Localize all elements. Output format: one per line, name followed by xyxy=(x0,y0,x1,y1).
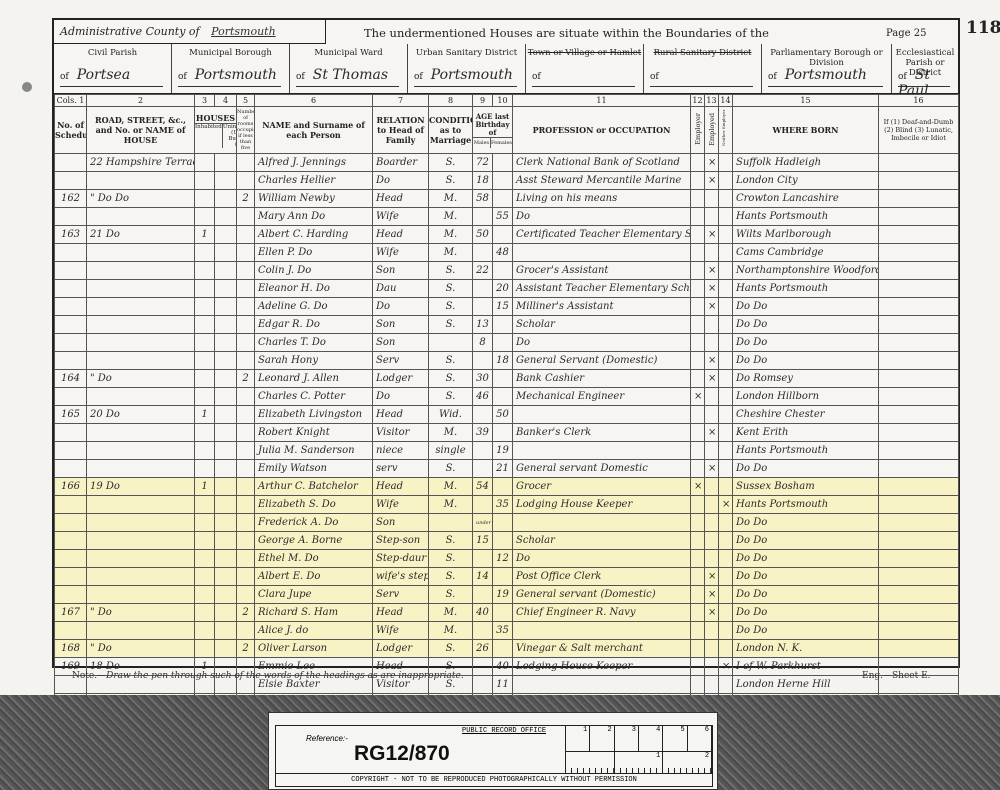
rooms xyxy=(237,586,255,604)
condition: M. xyxy=(429,604,473,622)
employer-mark xyxy=(691,406,705,424)
table-row: Sarah HonyServS.18General Servant (Domes… xyxy=(55,352,959,370)
neither-mark xyxy=(719,262,733,280)
uninhabited xyxy=(215,550,237,568)
table-row: Robert KnightVisitorM.39Banker's Clerk×K… xyxy=(55,424,959,442)
column-number: 11 xyxy=(513,95,691,107)
inhabited: 1 xyxy=(195,478,215,496)
infirmity xyxy=(879,568,959,586)
condition: S. xyxy=(429,352,473,370)
infirmity xyxy=(879,550,959,568)
table-row: Ethel M. DoStep-daurS.12DoDo Do xyxy=(55,550,959,568)
relation: Head xyxy=(373,190,429,208)
inhabited xyxy=(195,568,215,586)
employer-mark xyxy=(691,370,705,388)
rooms xyxy=(237,334,255,352)
employer-mark xyxy=(691,208,705,226)
age-female: 20 xyxy=(493,280,513,298)
uninhabited xyxy=(215,172,237,190)
uninhabited xyxy=(215,226,237,244)
relation: Son xyxy=(373,334,429,352)
rooms xyxy=(237,298,255,316)
infirmity xyxy=(879,226,959,244)
inhabited xyxy=(195,424,215,442)
employed-mark: × xyxy=(705,424,719,442)
uninhabited xyxy=(215,478,237,496)
age-female xyxy=(493,514,513,532)
ruler-cm-mark: 3 xyxy=(615,726,639,751)
age-female xyxy=(493,388,513,406)
age-male xyxy=(473,352,493,370)
ruler-inch-mark: 2 xyxy=(663,752,712,774)
neither-mark xyxy=(719,532,733,550)
condition: S. xyxy=(429,460,473,478)
boundary-area-4: Town or Village or Hamletof xyxy=(526,44,644,93)
schedule-number xyxy=(55,460,87,478)
schedule-number: 164 xyxy=(55,370,87,388)
boundary-area-label: Town or Village or Hamlet xyxy=(526,48,643,58)
boundary-area-3: Urban Sanitary DistrictofPortsmouth xyxy=(408,44,526,93)
heading-where-born: WHERE BORN xyxy=(733,107,879,154)
inhabited xyxy=(195,550,215,568)
occupation: Living on his means xyxy=(513,190,691,208)
census-page: 118 Administrative County of Portsmouth … xyxy=(0,0,1000,700)
schedule-number xyxy=(55,550,87,568)
where-born: Do Do xyxy=(733,352,879,370)
uninhabited xyxy=(215,244,237,262)
infirmity xyxy=(879,424,959,442)
road-address: 21 Do xyxy=(87,226,195,244)
ruler-cm-mark: 6 xyxy=(688,726,712,751)
relation: Serv xyxy=(373,352,429,370)
person-name: Sarah Hony xyxy=(255,352,373,370)
column-number: 8 xyxy=(429,95,473,107)
table-row: Elizabeth S. DoWifeM.35Lodging House Kee… xyxy=(55,496,959,514)
age-male xyxy=(473,460,493,478)
employer-mark xyxy=(691,280,705,298)
table-row: Charles C. PotterDoS.46Mechanical Engine… xyxy=(55,388,959,406)
occupation xyxy=(513,442,691,460)
person-name: Frederick A. Do xyxy=(255,514,373,532)
inhabited xyxy=(195,154,215,172)
condition: S. xyxy=(429,280,473,298)
neither-mark xyxy=(719,460,733,478)
neither-mark xyxy=(719,226,733,244)
column-number: 12 xyxy=(691,95,705,107)
table-row: Ellen P. DoWifeM.48Cams Cambridge xyxy=(55,244,959,262)
condition: single xyxy=(429,442,473,460)
employed-mark: × xyxy=(705,262,719,280)
rooms xyxy=(237,550,255,568)
where-born: Wilts Marlborough xyxy=(733,226,879,244)
condition: M. xyxy=(429,190,473,208)
folio-number: 118 xyxy=(966,18,1000,38)
employed-mark xyxy=(705,442,719,460)
condition: S. xyxy=(429,586,473,604)
infirmity xyxy=(879,262,959,280)
uninhabited xyxy=(215,154,237,172)
relation: Son xyxy=(373,262,429,280)
rooms xyxy=(237,496,255,514)
occupation: Do xyxy=(513,550,691,568)
infirmity xyxy=(879,622,959,640)
reference-card-frame: PUBLIC RECORD OFFICE Reference:- RG12/87… xyxy=(275,725,713,787)
employer-mark xyxy=(691,496,705,514)
reference-card: PUBLIC RECORD OFFICE Reference:- RG12/87… xyxy=(268,712,718,790)
where-born: Do Do xyxy=(733,604,879,622)
rooms xyxy=(237,172,255,190)
age-female: 55 xyxy=(493,208,513,226)
neither-mark xyxy=(719,388,733,406)
column-number: 3 xyxy=(195,95,215,107)
occupation: Lodging House Keeper xyxy=(513,496,691,514)
person-name: Eleanor H. Do xyxy=(255,280,373,298)
uninhabited xyxy=(215,370,237,388)
age-male xyxy=(473,280,493,298)
where-born: London Hillborn xyxy=(733,388,879,406)
heading-houses: HOUSES Inhabited Uninhabited (U.) or Bui… xyxy=(195,107,237,154)
occupation xyxy=(513,622,691,640)
where-born: Suffolk Hadleigh xyxy=(733,154,879,172)
occupation: Do xyxy=(513,208,691,226)
age-female: 15 xyxy=(493,298,513,316)
neither-mark xyxy=(719,172,733,190)
relation: serv xyxy=(373,460,429,478)
occupation: Post Office Clerk xyxy=(513,568,691,586)
person-name: Charles T. Do xyxy=(255,334,373,352)
column-number: 2 xyxy=(87,95,195,107)
infirmity xyxy=(879,532,959,550)
age-male: 13 xyxy=(473,316,493,334)
relation: wife's step-son xyxy=(373,568,429,586)
boundary-area-label: Municipal Ward xyxy=(290,48,407,58)
condition: S. xyxy=(429,550,473,568)
employed-mark: × xyxy=(705,280,719,298)
heading-neither-text: Neither Employer nor Employed xyxy=(719,107,733,149)
relation: niece xyxy=(373,442,429,460)
age-female: 19 xyxy=(493,586,513,604)
employed-mark xyxy=(705,658,719,676)
road-address xyxy=(87,388,195,406)
heading-inhabited: Inhabited xyxy=(195,124,223,148)
schedule-number: 168 xyxy=(55,640,87,658)
inhabited xyxy=(195,316,215,334)
employer-mark xyxy=(691,262,705,280)
employed-mark: × xyxy=(705,370,719,388)
rooms xyxy=(237,316,255,334)
uninhabited xyxy=(215,460,237,478)
age-female xyxy=(493,568,513,586)
heading-infirmity: If (1) Deaf-and-Dumb (2) Blind (3) Lunat… xyxy=(879,107,959,154)
employer-mark xyxy=(691,226,705,244)
road-address: 22 Hampshire Terrace cont'd xyxy=(87,154,195,172)
of-label: of xyxy=(898,72,907,82)
census-sheet: Administrative County of Portsmouth The … xyxy=(52,18,960,668)
employed-mark: × xyxy=(705,460,719,478)
occupation: Bank Cashier xyxy=(513,370,691,388)
road-address: " Do xyxy=(87,640,195,658)
table-row: George A. BorneStep-sonS.15ScholarDo Do xyxy=(55,532,959,550)
rooms xyxy=(237,208,255,226)
neither-mark xyxy=(719,298,733,316)
infirmity xyxy=(879,280,959,298)
person-name: Mary Ann Do xyxy=(255,208,373,226)
heading-schedule: No. of Schedule xyxy=(55,107,87,154)
condition: S. xyxy=(429,172,473,190)
column-number: 5 xyxy=(237,95,255,107)
infirmity xyxy=(879,640,959,658)
road-address xyxy=(87,424,195,442)
ruler-cm-mark: 2 xyxy=(590,726,614,751)
road-address: " Do xyxy=(87,370,195,388)
neither-mark xyxy=(719,406,733,424)
employer-mark xyxy=(691,676,705,694)
employer-mark xyxy=(691,658,705,676)
relation: Wife xyxy=(373,208,429,226)
employer-mark xyxy=(691,514,705,532)
age-male: 26 xyxy=(473,640,493,658)
condition: M. xyxy=(429,478,473,496)
person-name: Leonard J. Allen xyxy=(255,370,373,388)
infirmity xyxy=(879,442,959,460)
table-row: Eleanor H. DoDauS.20Assistant Teacher El… xyxy=(55,280,959,298)
uninhabited xyxy=(215,424,237,442)
person-name: Alfred J. Jennings xyxy=(255,154,373,172)
condition: S. xyxy=(429,532,473,550)
footer-note: Note.—Draw the pen through such of the w… xyxy=(72,671,464,681)
schedule-number xyxy=(55,208,87,226)
heading-females: Females xyxy=(491,138,512,148)
uninhabited xyxy=(215,442,237,460)
boundary-area-label: Urban Sanitary District xyxy=(408,48,525,58)
person-name: Julia M. Sanderson xyxy=(255,442,373,460)
employer-mark xyxy=(691,550,705,568)
age-female xyxy=(493,190,513,208)
schedule-number xyxy=(55,622,87,640)
where-born: Cams Cambridge xyxy=(733,244,879,262)
occupation xyxy=(513,406,691,424)
occupation xyxy=(513,514,691,532)
sheet-label: Eng.—Sheet E. xyxy=(862,671,931,681)
relation: Wife xyxy=(373,244,429,262)
table-row: Charles T. DoSon8DoDo Do xyxy=(55,334,959,352)
employer-mark xyxy=(691,532,705,550)
age-male xyxy=(473,442,493,460)
neither-mark: × xyxy=(719,658,733,676)
schedule-number xyxy=(55,388,87,406)
rooms xyxy=(237,352,255,370)
heading-rooms: Number of rooms occupied if less than fi… xyxy=(237,107,255,154)
boundary-area-label: Parliamentary Borough or Division xyxy=(762,48,891,68)
age-male xyxy=(473,208,493,226)
condition: M. xyxy=(429,244,473,262)
uninhabited xyxy=(215,208,237,226)
age-male: 8 xyxy=(473,334,493,352)
occupation: Do xyxy=(513,334,691,352)
inhabited xyxy=(195,172,215,190)
person-name: Albert C. Harding xyxy=(255,226,373,244)
occupation: Milliner's Assistant xyxy=(513,298,691,316)
boundary-area-label: Rural Sanitary District xyxy=(644,48,761,58)
admin-county: Administrative County of Portsmouth xyxy=(54,20,326,44)
heading-employed-text: Employed xyxy=(707,113,717,146)
neither-mark xyxy=(719,478,733,496)
age-male: 58 xyxy=(473,190,493,208)
person-name: Robert Knight xyxy=(255,424,373,442)
occupation: General servant Domestic xyxy=(513,460,691,478)
age-male: 40 xyxy=(473,604,493,622)
schedule-number: 167 xyxy=(55,604,87,622)
road-address: " Do Do xyxy=(87,190,195,208)
relation: Wife xyxy=(373,496,429,514)
neither-mark xyxy=(719,190,733,208)
condition: S. xyxy=(429,388,473,406)
table-row: Alice J. doWifeM.35Do Do xyxy=(55,622,959,640)
inhabited xyxy=(195,190,215,208)
condition: S. xyxy=(429,640,473,658)
age-female: 19 xyxy=(493,442,513,460)
age-male: 46 xyxy=(473,388,493,406)
schedule-number xyxy=(55,568,87,586)
uninhabited xyxy=(215,388,237,406)
neither-mark xyxy=(719,676,733,694)
employer-mark: × xyxy=(691,478,705,496)
employed-mark xyxy=(705,532,719,550)
road-address xyxy=(87,622,195,640)
column-number: 16 xyxy=(879,95,959,107)
boundary-area-label: Civil Parish xyxy=(54,48,171,58)
age-female xyxy=(493,172,513,190)
condition: M. xyxy=(429,208,473,226)
road-address: 19 Do xyxy=(87,478,195,496)
inhabited xyxy=(195,334,215,352)
heading-employer-text: Employer xyxy=(693,113,703,145)
infirmity xyxy=(879,316,959,334)
where-born: I of W. Parkhurst xyxy=(733,658,879,676)
infirmity xyxy=(879,604,959,622)
note-text: Draw the pen through such of the words o… xyxy=(106,671,464,681)
condition: S. xyxy=(429,262,473,280)
age-male: 50 xyxy=(473,226,493,244)
table-row: Emily WatsonservS.21General servant Dome… xyxy=(55,460,959,478)
schedule-number xyxy=(55,442,87,460)
condition: S. xyxy=(429,568,473,586)
census-table: Cols. 12345678910111213141516 No. of Sch… xyxy=(54,94,959,762)
age-female xyxy=(493,316,513,334)
neither-mark xyxy=(719,604,733,622)
rooms xyxy=(237,424,255,442)
boundary-area-field: ofSt Thomas xyxy=(296,67,399,87)
occupation xyxy=(513,676,691,694)
age-female: 48 xyxy=(493,244,513,262)
schedule-number xyxy=(55,496,87,514)
neither-mark xyxy=(719,370,733,388)
where-born: London Herne Hill xyxy=(733,676,879,694)
person-name: Oliver Larson xyxy=(255,640,373,658)
road-address xyxy=(87,550,195,568)
boundary-area-value: Portsmouth xyxy=(195,67,277,83)
person-name: Emily Watson xyxy=(255,460,373,478)
table-row: 167" Do2Richard S. HamHeadM.40Chief Engi… xyxy=(55,604,959,622)
age-female xyxy=(493,640,513,658)
age-male xyxy=(473,550,493,568)
relation: Step-son xyxy=(373,532,429,550)
condition: S. xyxy=(429,154,473,172)
neither-mark xyxy=(719,424,733,442)
boundary-area-field: ofPortsmouth xyxy=(768,67,883,87)
where-born: Do Do xyxy=(733,514,879,532)
rooms xyxy=(237,280,255,298)
table-row: 16321 Do1Albert C. HardingHeadM.50Certif… xyxy=(55,226,959,244)
age-female: 35 xyxy=(493,622,513,640)
neither-mark xyxy=(719,334,733,352)
schedule-number xyxy=(55,352,87,370)
table-row: Albert E. Dowife's step-sonS.14Post Offi… xyxy=(55,568,959,586)
person-name: Richard S. Ham xyxy=(255,604,373,622)
schedule-number xyxy=(55,244,87,262)
employed-mark xyxy=(705,514,719,532)
person-name: George A. Borne xyxy=(255,532,373,550)
employed-mark xyxy=(705,406,719,424)
condition: S. xyxy=(429,316,473,334)
rooms xyxy=(237,262,255,280)
relation: Visitor xyxy=(373,424,429,442)
uninhabited xyxy=(215,514,237,532)
table-row: Colin J. DoSonS.22Grocer's Assistant×Nor… xyxy=(55,262,959,280)
inhabited: 1 xyxy=(195,406,215,424)
rooms: 2 xyxy=(237,370,255,388)
column-headings: No. of Schedule ROAD, STREET, &c., and N… xyxy=(55,107,959,154)
relation: Do xyxy=(373,172,429,190)
age-male xyxy=(473,586,493,604)
age-female xyxy=(493,532,513,550)
road-address xyxy=(87,514,195,532)
schedule-number xyxy=(55,154,87,172)
age-male xyxy=(473,658,493,676)
ruler-cm-mark: 1 xyxy=(566,726,590,751)
office-label: PUBLIC RECORD OFFICE xyxy=(462,727,546,735)
uninhabited xyxy=(215,604,237,622)
where-born: Sussex Bosham xyxy=(733,478,879,496)
of-label: of xyxy=(178,72,187,82)
where-born: Cheshire Chester xyxy=(733,406,879,424)
ruler-inch-mark: 1 xyxy=(615,752,664,774)
where-born: Do Do xyxy=(733,550,879,568)
table-row: Adeline G. DoDoS.15Milliner's Assistant×… xyxy=(55,298,959,316)
schedule-number xyxy=(55,586,87,604)
employer-mark: × xyxy=(691,388,705,406)
infirmity xyxy=(879,514,959,532)
person-name: Edgar R. Do xyxy=(255,316,373,334)
relation: Wife xyxy=(373,622,429,640)
of-label: of xyxy=(768,72,777,82)
occupation: Grocer's Assistant xyxy=(513,262,691,280)
where-born: Northamptonshire Woodford xyxy=(733,262,879,280)
infirmity xyxy=(879,496,959,514)
schedule-number: 162 xyxy=(55,190,87,208)
page-label: Page 25 xyxy=(886,28,926,39)
uninhabited xyxy=(215,532,237,550)
heading-name: NAME and Surname of each Person xyxy=(255,107,373,154)
where-born: Do Romsey xyxy=(733,370,879,388)
infirmity xyxy=(879,190,959,208)
condition: M. xyxy=(429,622,473,640)
uninhabited xyxy=(215,316,237,334)
schedule-number xyxy=(55,514,87,532)
person-name: Adeline G. Do xyxy=(255,298,373,316)
uninhabited xyxy=(215,496,237,514)
relation: Step-daur xyxy=(373,550,429,568)
